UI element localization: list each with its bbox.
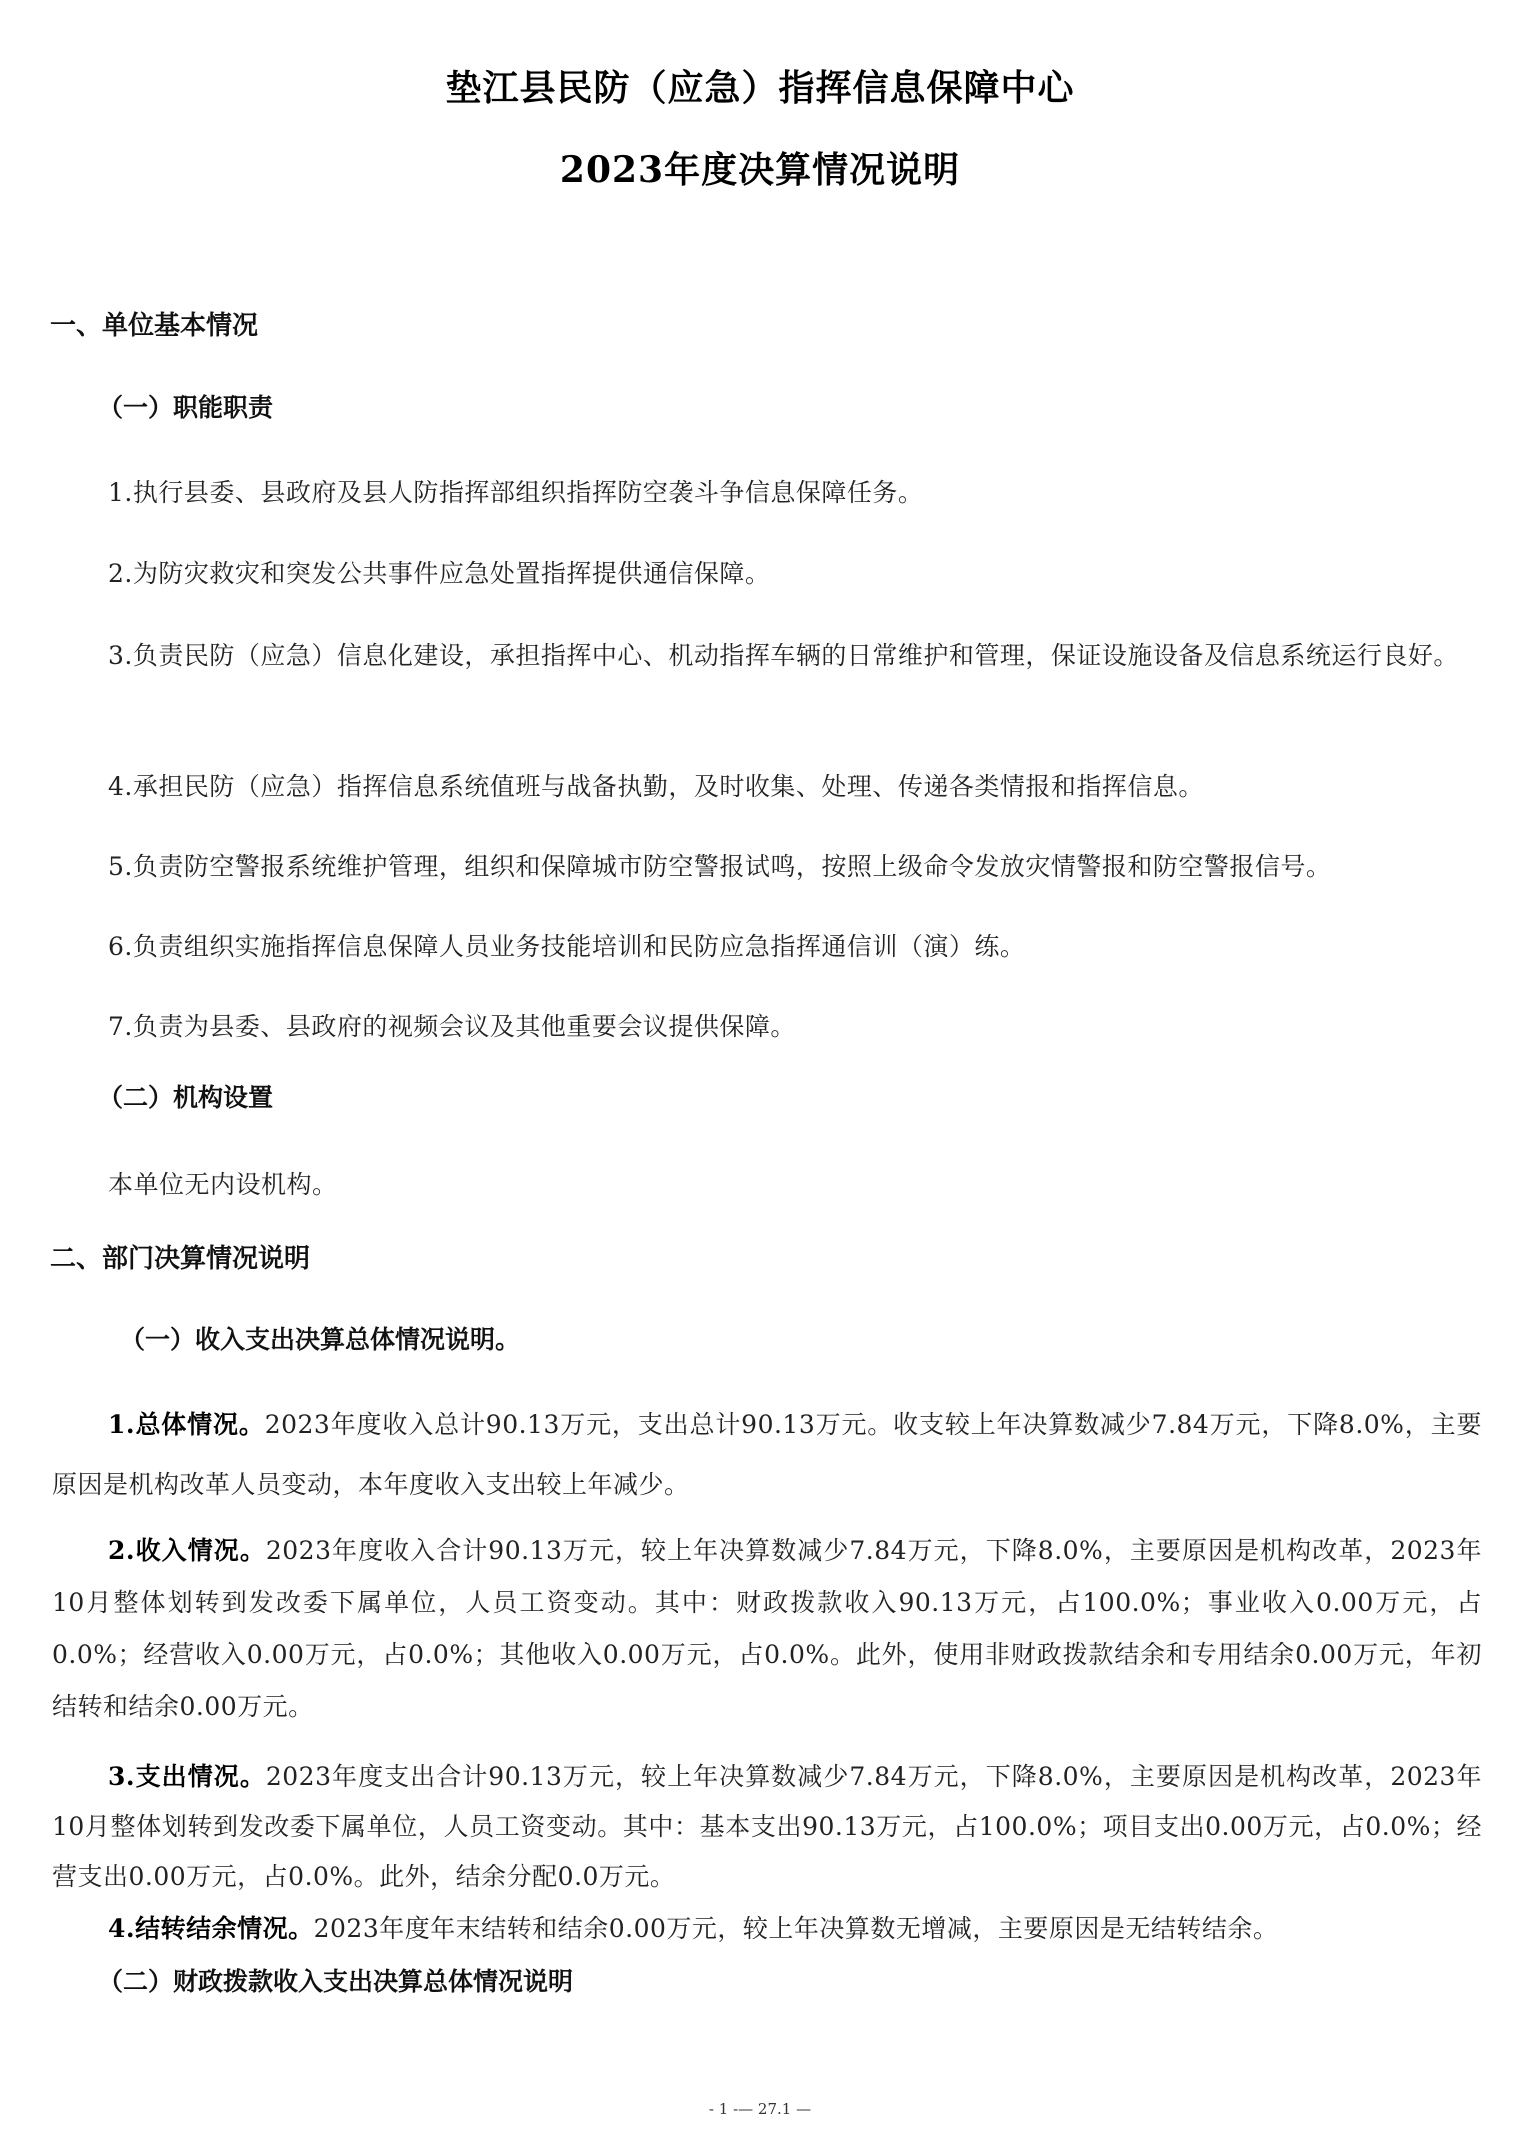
paragraph-expenditure: 3.支出情况。2023年度支出合计90.13万元，较上年决算数减少7.84万元，… xyxy=(52,1752,1482,1902)
section1-sub2-heading: （二）机构设置 xyxy=(98,1078,273,1114)
paragraph-carryover: 4.结转结余情况。2023年度年末结转和结余0.00万元，较上年决算数无增减，主… xyxy=(52,1902,1482,1956)
section1-heading: 一、单位基本情况 xyxy=(50,305,258,342)
paragraph-carryover-text: 2023年度年末结转和结余0.00万元，较上年决算数无增减，主要原因是无结转结余… xyxy=(314,1914,1279,1943)
paragraph-income: 2.收入情况。2023年度收入合计90.13万元，较上年决算数减少7.84万元，… xyxy=(52,1525,1482,1733)
document-title-line2: 2023年度决算情况说明 xyxy=(0,142,1520,193)
paragraph-carryover-lead: 4.结转结余情况。 xyxy=(108,1914,314,1943)
paragraph-overall-lead: 1.总体情况。 xyxy=(108,1410,265,1439)
paragraph-expenditure-text: 2023年度支出合计90.13万元，较上年决算数减少7.84万元，下降8.0%，… xyxy=(52,1762,1482,1891)
duty-item-2: 2.为防灾救灾和突发公共事件应急处置指挥提供通信保障。 xyxy=(52,547,1482,601)
duty-item-6: 6.负责组织实施指挥信息保障人员业务技能培训和民防应急指挥通信训（演）练。 xyxy=(52,920,1482,974)
duty-item-4: 4.承担民防（应急）指挥信息系统值班与战备执勤，及时收集、处理、传递各类情报和指… xyxy=(52,760,1482,814)
document-title-line1: 垫江县民防（应急）指挥信息保障中心 xyxy=(0,60,1520,111)
paragraph-overall: 1.总体情况。2023年度收入总计90.13万元，支出总计90.13万元。收支较… xyxy=(52,1395,1482,1515)
section2-heading: 二、部门决算情况说明 xyxy=(50,1238,310,1275)
duty-item-3: 3.负责民防（应急）信息化建设，承担指挥中心、机动指挥车辆的日常维护和管理，保证… xyxy=(52,627,1482,684)
duty-item-5: 5.负责防空警报系统维护管理，组织和保障城市防空警报试鸣，按照上级命令发放灾情警… xyxy=(52,840,1482,894)
org-structure-text: 本单位无内设机构。 xyxy=(52,1158,1482,1212)
page-number: - 1 -— 27.1 — xyxy=(0,2100,1520,2118)
paragraph-income-text: 2023年度收入合计90.13万元，较上年决算数减少7.84万元，下降8.0%，… xyxy=(52,1536,1482,1721)
section1-sub1-heading: （一）职能职责 xyxy=(98,388,273,424)
paragraph-expenditure-lead: 3.支出情况。 xyxy=(108,1762,266,1791)
duty-item-1: 1.执行县委、县政府及县人防指挥部组织指挥防空袭斗争信息保障任务。 xyxy=(52,466,1482,520)
document-page: 垫江县民防（应急）指挥信息保障中心 2023年度决算情况说明 一、单位基本情况 … xyxy=(0,0,1520,2149)
duty-item-7: 7.负责为县委、县政府的视频会议及其他重要会议提供保障。 xyxy=(52,1000,1482,1054)
paragraph-income-lead: 2.收入情况。 xyxy=(108,1536,266,1565)
section2-sub1-heading: （一）收入支出决算总体情况说明。 xyxy=(120,1320,520,1356)
section2-sub2-heading: （二）财政拨款收入支出决算总体情况说明 xyxy=(98,1962,573,1998)
paragraph-overall-text: 2023年度收入总计90.13万元，支出总计90.13万元。收支较上年决算数减少… xyxy=(52,1410,1482,1499)
